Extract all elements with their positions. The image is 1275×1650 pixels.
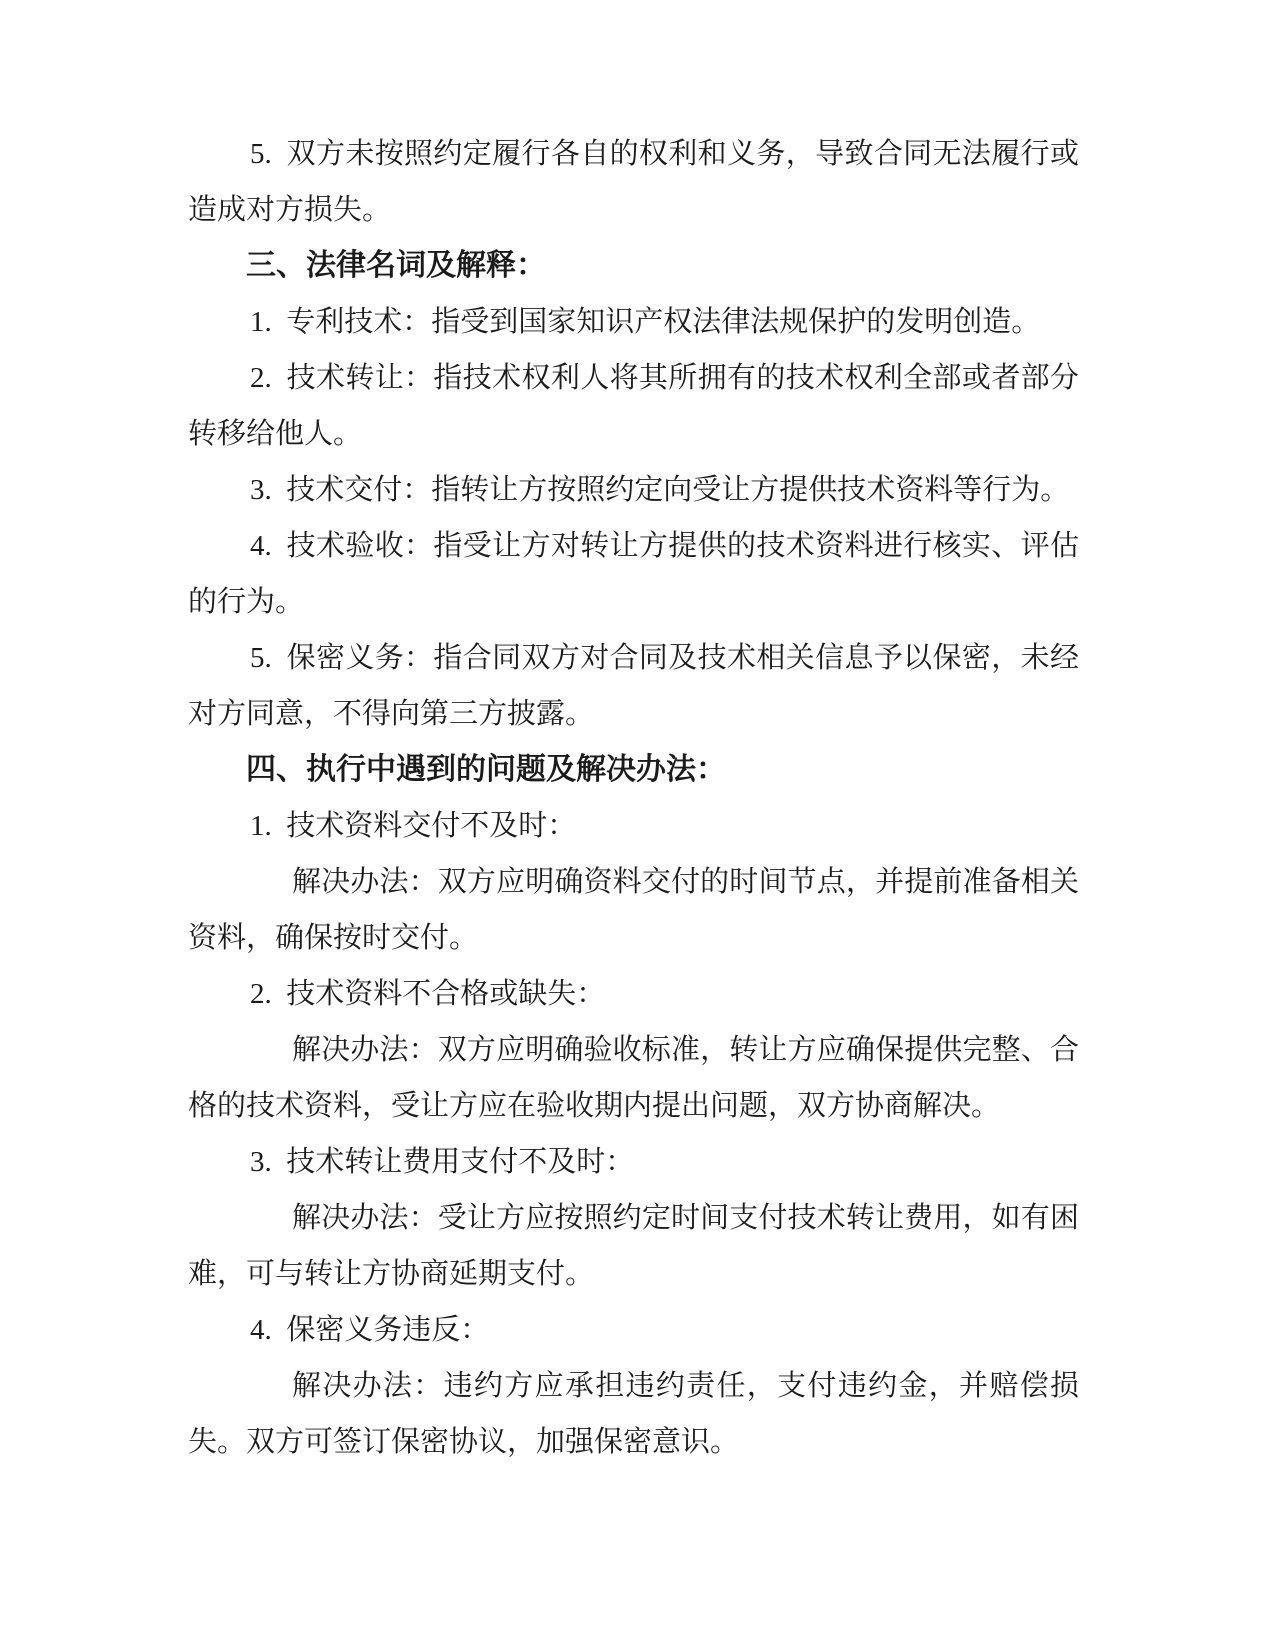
numbered-item: 1. 专利技术：指受到国家知识产权法律法规保护的发明创造。 [188, 294, 1079, 350]
numbered-item: 5. 保密义务：指合同双方对合同及技术相关信息予以保密，未经对方同意，不得向第三… [188, 630, 1079, 742]
numbered-item: 5. 双方未按照约定履行各自的权利和义务，导致合同无法履行或造成对方损失。 [188, 126, 1079, 238]
numbered-item: 2. 技术资料不合格或缺失： [188, 966, 1079, 1022]
numbered-item: 3. 技术交付：指转让方按照约定向受让方提供技术资料等行为。 [188, 462, 1079, 518]
numbered-item: 2. 技术转让：指技术权利人将其所拥有的技术权利全部或者部分转移给他人。 [188, 350, 1079, 462]
document-page: 5. 双方未按照约定履行各自的权利和义务，导致合同无法履行或造成对方损失。三、法… [0, 0, 1275, 1650]
section-heading: 三、法律名词及解释： [188, 238, 1079, 294]
solution-paragraph: 解决办法：双方应明确验收标准，转让方应确保提供完整、合格的技术资料，受让方应在验… [188, 1022, 1079, 1134]
numbered-item: 3. 技术转让费用支付不及时： [188, 1134, 1079, 1190]
numbered-item: 4. 技术验收：指受让方对转让方提供的技术资料进行核实、评估的行为。 [188, 518, 1079, 630]
document-body: 5. 双方未按照约定履行各自的权利和义务，导致合同无法履行或造成对方损失。三、法… [188, 126, 1079, 1470]
numbered-item: 1. 技术资料交付不及时： [188, 798, 1079, 854]
section-heading: 四、执行中遇到的问题及解决办法： [188, 742, 1079, 798]
solution-paragraph: 解决办法：违约方应承担违约责任，支付违约金，并赔偿损失。双方可签订保密协议，加强… [188, 1358, 1079, 1470]
solution-paragraph: 解决办法：双方应明确资料交付的时间节点，并提前准备相关资料，确保按时交付。 [188, 854, 1079, 966]
solution-paragraph: 解决办法：受让方应按照约定时间支付技术转让费用，如有困难，可与转让方协商延期支付… [188, 1190, 1079, 1302]
numbered-item: 4. 保密义务违反： [188, 1302, 1079, 1358]
